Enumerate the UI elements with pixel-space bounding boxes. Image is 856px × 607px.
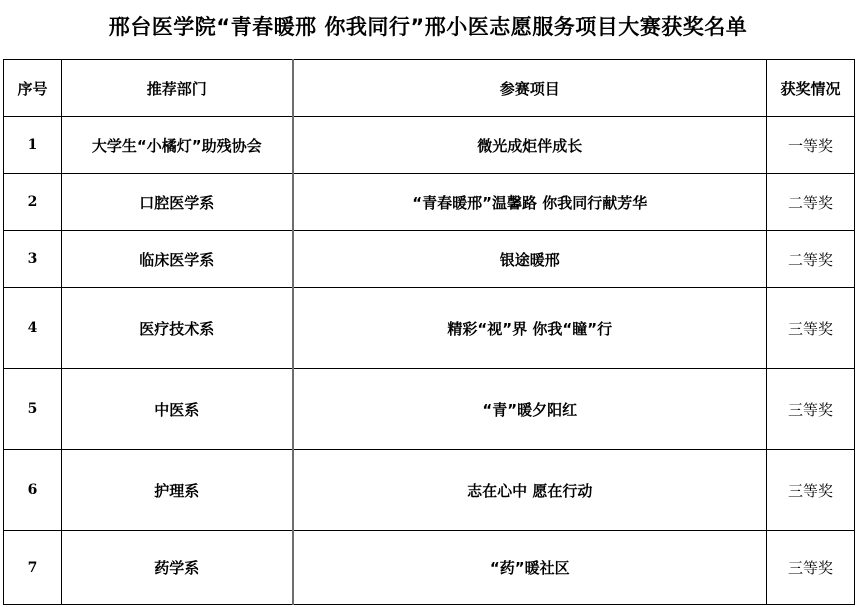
table-row: 2 口腔医学系 “青春暖邢”温馨路 你我同行献芳华 二等奖 (4, 174, 855, 231)
cell-project: 志在心中 愿在行动 (293, 450, 767, 531)
table-header-row: 序号 推荐部门 参赛项目 获奖情况 (4, 60, 855, 117)
cell-project: 微光成炬伴成长 (293, 117, 767, 174)
cell-dept: 医疗技术系 (62, 288, 293, 369)
table-row: 3 临床医学系 银途暖邢 二等奖 (4, 231, 855, 288)
header-dept: 推荐部门 (62, 60, 293, 117)
header-no: 序号 (4, 60, 62, 117)
cell-award: 三等奖 (767, 288, 855, 369)
cell-no: 3 (4, 231, 62, 288)
cell-dept: 大学生“小橘灯”助残协会 (62, 117, 293, 174)
cell-project: “青”暖夕阳红 (293, 369, 767, 450)
cell-no: 6 (4, 450, 62, 531)
cell-dept: 护理系 (62, 450, 293, 531)
table-row: 4 医疗技术系 精彩“视”界 你我“瞳”行 三等奖 (4, 288, 855, 369)
awards-table: 序号 推荐部门 参赛项目 获奖情况 1 大学生“小橘灯”助残协会 微光成炬伴成长… (3, 59, 855, 605)
cell-project: 精彩“视”界 你我“瞳”行 (293, 288, 767, 369)
cell-award: 三等奖 (767, 531, 855, 605)
cell-no: 4 (4, 288, 62, 369)
cell-award: 三等奖 (767, 450, 855, 531)
cell-dept: 中医系 (62, 369, 293, 450)
cell-no: 1 (4, 117, 62, 174)
document-title: 邢台医学院“青春暖邢 你我同行”邢小医志愿服务项目大赛获奖名单 (0, 10, 856, 44)
cell-award: 一等奖 (767, 117, 855, 174)
cell-no: 2 (4, 174, 62, 231)
cell-award: 二等奖 (767, 174, 855, 231)
header-award: 获奖情况 (767, 60, 855, 117)
cell-dept: 口腔医学系 (62, 174, 293, 231)
cell-project: “药”暖社区 (293, 531, 767, 605)
header-project: 参赛项目 (293, 60, 767, 117)
cell-no: 7 (4, 531, 62, 605)
cell-dept: 临床医学系 (62, 231, 293, 288)
cell-project: 银途暖邢 (293, 231, 767, 288)
table-row: 1 大学生“小橘灯”助残协会 微光成炬伴成长 一等奖 (4, 117, 855, 174)
cell-award: 二等奖 (767, 231, 855, 288)
table-row: 6 护理系 志在心中 愿在行动 三等奖 (4, 450, 855, 531)
cell-award: 三等奖 (767, 369, 855, 450)
cell-dept: 药学系 (62, 531, 293, 605)
table-row: 7 药学系 “药”暖社区 三等奖 (4, 531, 855, 605)
cell-no: 5 (4, 369, 62, 450)
table-row: 5 中医系 “青”暖夕阳红 三等奖 (4, 369, 855, 450)
cell-project: “青春暖邢”温馨路 你我同行献芳华 (293, 174, 767, 231)
